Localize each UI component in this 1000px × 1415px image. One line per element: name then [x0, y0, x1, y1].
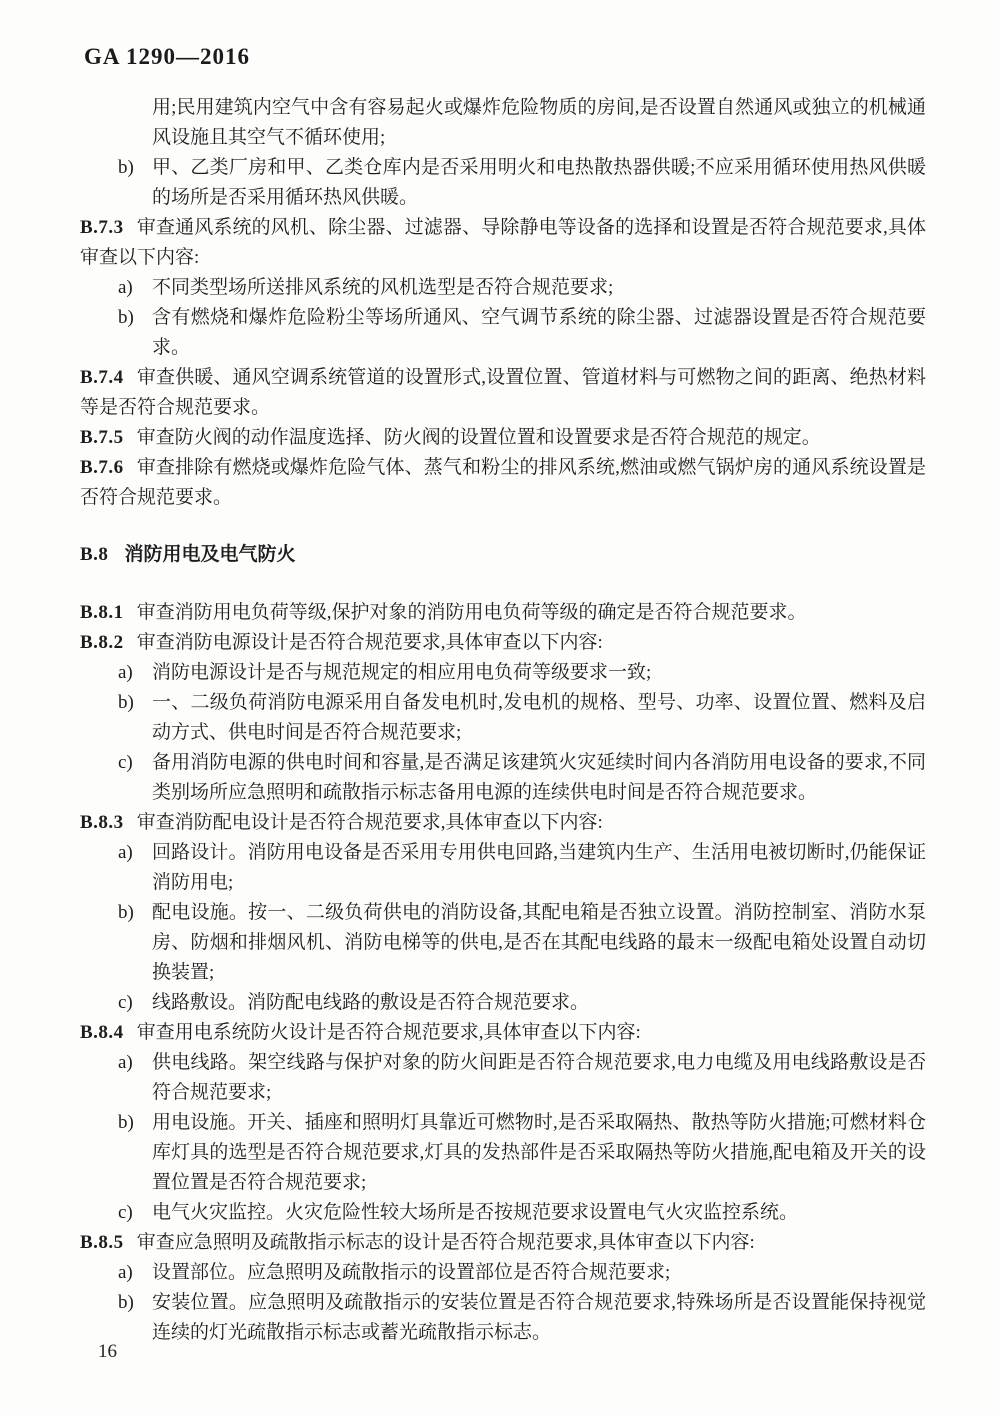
- section-label: B.8.3: [80, 812, 124, 833]
- list-item: c)线路敷设。消防配电线路的敷设是否符合规范要求。: [118, 988, 926, 1018]
- list-item: a)消防电源设计是否与规范规定的相应用电负荷等级要求一致;: [118, 658, 926, 688]
- list-item: b)一、二级负荷消防电源采用自备发电机时,发电机的规格、型号、功率、设置位置、燃…: [118, 688, 926, 748]
- list-item-marker: b): [118, 1108, 152, 1198]
- list-item-marker: c): [118, 748, 152, 808]
- list-item-marker: a): [118, 838, 152, 898]
- list-item-marker: c): [118, 988, 152, 1018]
- list-item: c)备用消防电源的供电时间和容量,是否满足该建筑火灾延续时间内各消防用电设备的要…: [118, 748, 926, 808]
- section-paragraph: B.8.3审查消防配电设计是否符合规范要求,具体审查以下内容:: [80, 808, 926, 838]
- list-item-text: 含有燃烧和爆炸危险粉尘等场所通风、空气调节系统的除尘器、过滤器设置是否符合规范要…: [152, 303, 926, 363]
- section-text: 审查消防电源设计是否符合规范要求,具体审查以下内容:: [137, 632, 603, 653]
- list-item-marker: b): [118, 1288, 152, 1348]
- standard-number: GA 1290—2016: [84, 44, 250, 70]
- list-item: a)供电线路。架空线路与保护对象的防火间距是否符合规范要求,电力电缆及用电线路敷…: [118, 1048, 926, 1108]
- list-item: a)设置部位。应急照明及疏散指示的设置部位是否符合规范要求;: [118, 1258, 926, 1288]
- list-item-marker: c): [118, 1198, 152, 1228]
- list-item-text: 电气火灾监控。火灾危险性较大场所是否按规范要求设置电气火灾监控系统。: [152, 1198, 926, 1228]
- section-text: 审查供暖、通风空调系统管道的设置形式,设置位置、管道材料与可燃物之间的距离、绝热…: [80, 367, 926, 418]
- list-item: b)含有燃烧和爆炸危险粉尘等场所通风、空气调节系统的除尘器、过滤器设置是否符合规…: [118, 303, 926, 363]
- section-label: B.8.4: [80, 1022, 124, 1043]
- list-item-marker: b): [118, 898, 152, 988]
- list-item-marker: a): [118, 658, 152, 688]
- list-item-marker: b): [118, 153, 152, 213]
- section-label: B.7.4: [80, 367, 124, 388]
- list-item: b)用电设施。开关、插座和照明灯具靠近可燃物时,是否采取隔热、散热等防火措施;可…: [118, 1108, 926, 1198]
- list-item-text: 备用消防电源的供电时间和容量,是否满足该建筑火灾延续时间内各消防用电设备的要求,…: [152, 748, 926, 808]
- list-item-text: 配电设施。按一、二级负荷供电的消防设备,其配电箱是否独立设置。消防控制室、消防水…: [152, 898, 926, 988]
- list-item-text: 设置部位。应急照明及疏散指示的设置部位是否符合规范要求;: [152, 1258, 926, 1288]
- paragraph-continuation: 用;民用建筑内空气中含有容易起火或爆炸危险物质的房间,是否设置自然通风或独立的机…: [152, 93, 926, 153]
- list-item: c)电气火灾监控。火灾危险性较大场所是否按规范要求设置电气火灾监控系统。: [118, 1198, 926, 1228]
- list-item-text: 消防电源设计是否与规范规定的相应用电负荷等级要求一致;: [152, 658, 926, 688]
- clause-heading: B.8消防用电及电气防火: [80, 540, 926, 570]
- section-text: 审查排除有燃烧或爆炸危险气体、蒸气和粉尘的排风系统,燃油或燃气锅炉房的通风系统设…: [80, 457, 926, 508]
- section-paragraph: B.7.6审查排除有燃烧或爆炸危险气体、蒸气和粉尘的排风系统,燃油或燃气锅炉房的…: [80, 453, 926, 513]
- section-paragraph: B.8.4审查用电系统防火设计是否符合规范要求,具体审查以下内容:: [80, 1018, 926, 1048]
- section-text: 审查消防用电负荷等级,保护对象的消防用电负荷等级的确定是否符合规范要求。: [137, 602, 807, 623]
- section-paragraph: B.8.1审查消防用电负荷等级,保护对象的消防用电负荷等级的确定是否符合规范要求…: [80, 598, 926, 628]
- list-item-text: 一、二级负荷消防电源采用自备发电机时,发电机的规格、型号、功率、设置位置、燃料及…: [152, 688, 926, 748]
- section-label: B.7.6: [80, 457, 124, 478]
- section-label: B.8.5: [80, 1232, 124, 1253]
- section-paragraph: B.7.5审查防火阀的动作温度选择、防火阀的设置位置和设置要求是否符合规范的规定…: [80, 423, 926, 453]
- page-number: 16: [98, 1341, 117, 1363]
- list-item-text: 回路设计。消防用电设备是否采用专用供电回路,当建筑内生产、生活用电被切断时,仍能…: [152, 838, 926, 898]
- section-paragraph: B.7.4审查供暖、通风空调系统管道的设置形式,设置位置、管道材料与可燃物之间的…: [80, 363, 926, 423]
- list-item: b)配电设施。按一、二级负荷供电的消防设备,其配电箱是否独立设置。消防控制室、消…: [118, 898, 926, 988]
- list-item-marker: a): [118, 273, 152, 303]
- list-item-text: 甲、乙类厂房和甲、乙类仓库内是否采用明火和电热散热器供暖;不应采用循环使用热风供…: [152, 153, 926, 213]
- document-body: 用;民用建筑内空气中含有容易起火或爆炸危险物质的房间,是否设置自然通风或独立的机…: [80, 93, 926, 1348]
- list-item: a)不同类型场所送排风系统的风机选型是否符合规范要求;: [118, 273, 926, 303]
- section-paragraph: B.8.5审查应急照明及疏散指示标志的设计是否符合规范要求,具体审查以下内容:: [80, 1228, 926, 1258]
- list-item: b)甲、乙类厂房和甲、乙类仓库内是否采用明火和电热散热器供暖;不应采用循环使用热…: [118, 153, 926, 213]
- list-item: b)安装位置。应急照明及疏散指示的安装位置是否符合规范要求,特殊场所是否设置能保…: [118, 1288, 926, 1348]
- section-paragraph: B.8.2审查消防电源设计是否符合规范要求,具体审查以下内容:: [80, 628, 926, 658]
- section-text: 审查防火阀的动作温度选择、防火阀的设置位置和设置要求是否符合规范的规定。: [137, 427, 821, 448]
- section-label: B.8.1: [80, 602, 124, 623]
- list-item-marker: a): [118, 1258, 152, 1288]
- list-item-text: 供电线路。架空线路与保护对象的防火间距是否符合规范要求,电力电缆及用电线路敷设是…: [152, 1048, 926, 1108]
- list-item-text: 用电设施。开关、插座和照明灯具靠近可燃物时,是否采取隔热、散热等防火措施;可燃材…: [152, 1108, 926, 1198]
- list-item: a)回路设计。消防用电设备是否采用专用供电回路,当建筑内生产、生活用电被切断时,…: [118, 838, 926, 898]
- section-text: 审查消防配电设计是否符合规范要求,具体审查以下内容:: [137, 812, 603, 833]
- document-page: GA 1290—2016 用;民用建筑内空气中含有容易起火或爆炸危险物质的房间,…: [0, 0, 1000, 1415]
- section-text: 审查用电系统防火设计是否符合规范要求,具体审查以下内容:: [137, 1022, 641, 1043]
- section-label: B.7.5: [80, 427, 124, 448]
- list-item-marker: b): [118, 303, 152, 363]
- section-text: 审查应急照明及疏散指示标志的设计是否符合规范要求,具体审查以下内容:: [137, 1232, 755, 1253]
- list-item-text: 安装位置。应急照明及疏散指示的安装位置是否符合规范要求,特殊场所是否设置能保持视…: [152, 1288, 926, 1348]
- list-item-text: 线路敷设。消防配电线路的敷设是否符合规范要求。: [152, 988, 926, 1018]
- section-label: B.8.2: [80, 632, 124, 653]
- list-item-marker: a): [118, 1048, 152, 1108]
- section-label: B.8: [80, 544, 108, 565]
- paragraph-text: 用;民用建筑内空气中含有容易起火或爆炸危险物质的房间,是否设置自然通风或独立的机…: [152, 97, 926, 148]
- section-paragraph: B.7.3审查通风系统的风机、除尘器、过滤器、导除静电等设备的选择和设置是否符合…: [80, 213, 926, 273]
- list-item-marker: b): [118, 688, 152, 748]
- clause-heading-text: 消防用电及电气防火: [124, 544, 295, 565]
- list-item-text: 不同类型场所送排风系统的风机选型是否符合规范要求;: [152, 273, 926, 303]
- section-text: 审查通风系统的风机、除尘器、过滤器、导除静电等设备的选择和设置是否符合规范要求,…: [80, 217, 926, 268]
- section-label: B.7.3: [80, 217, 124, 238]
